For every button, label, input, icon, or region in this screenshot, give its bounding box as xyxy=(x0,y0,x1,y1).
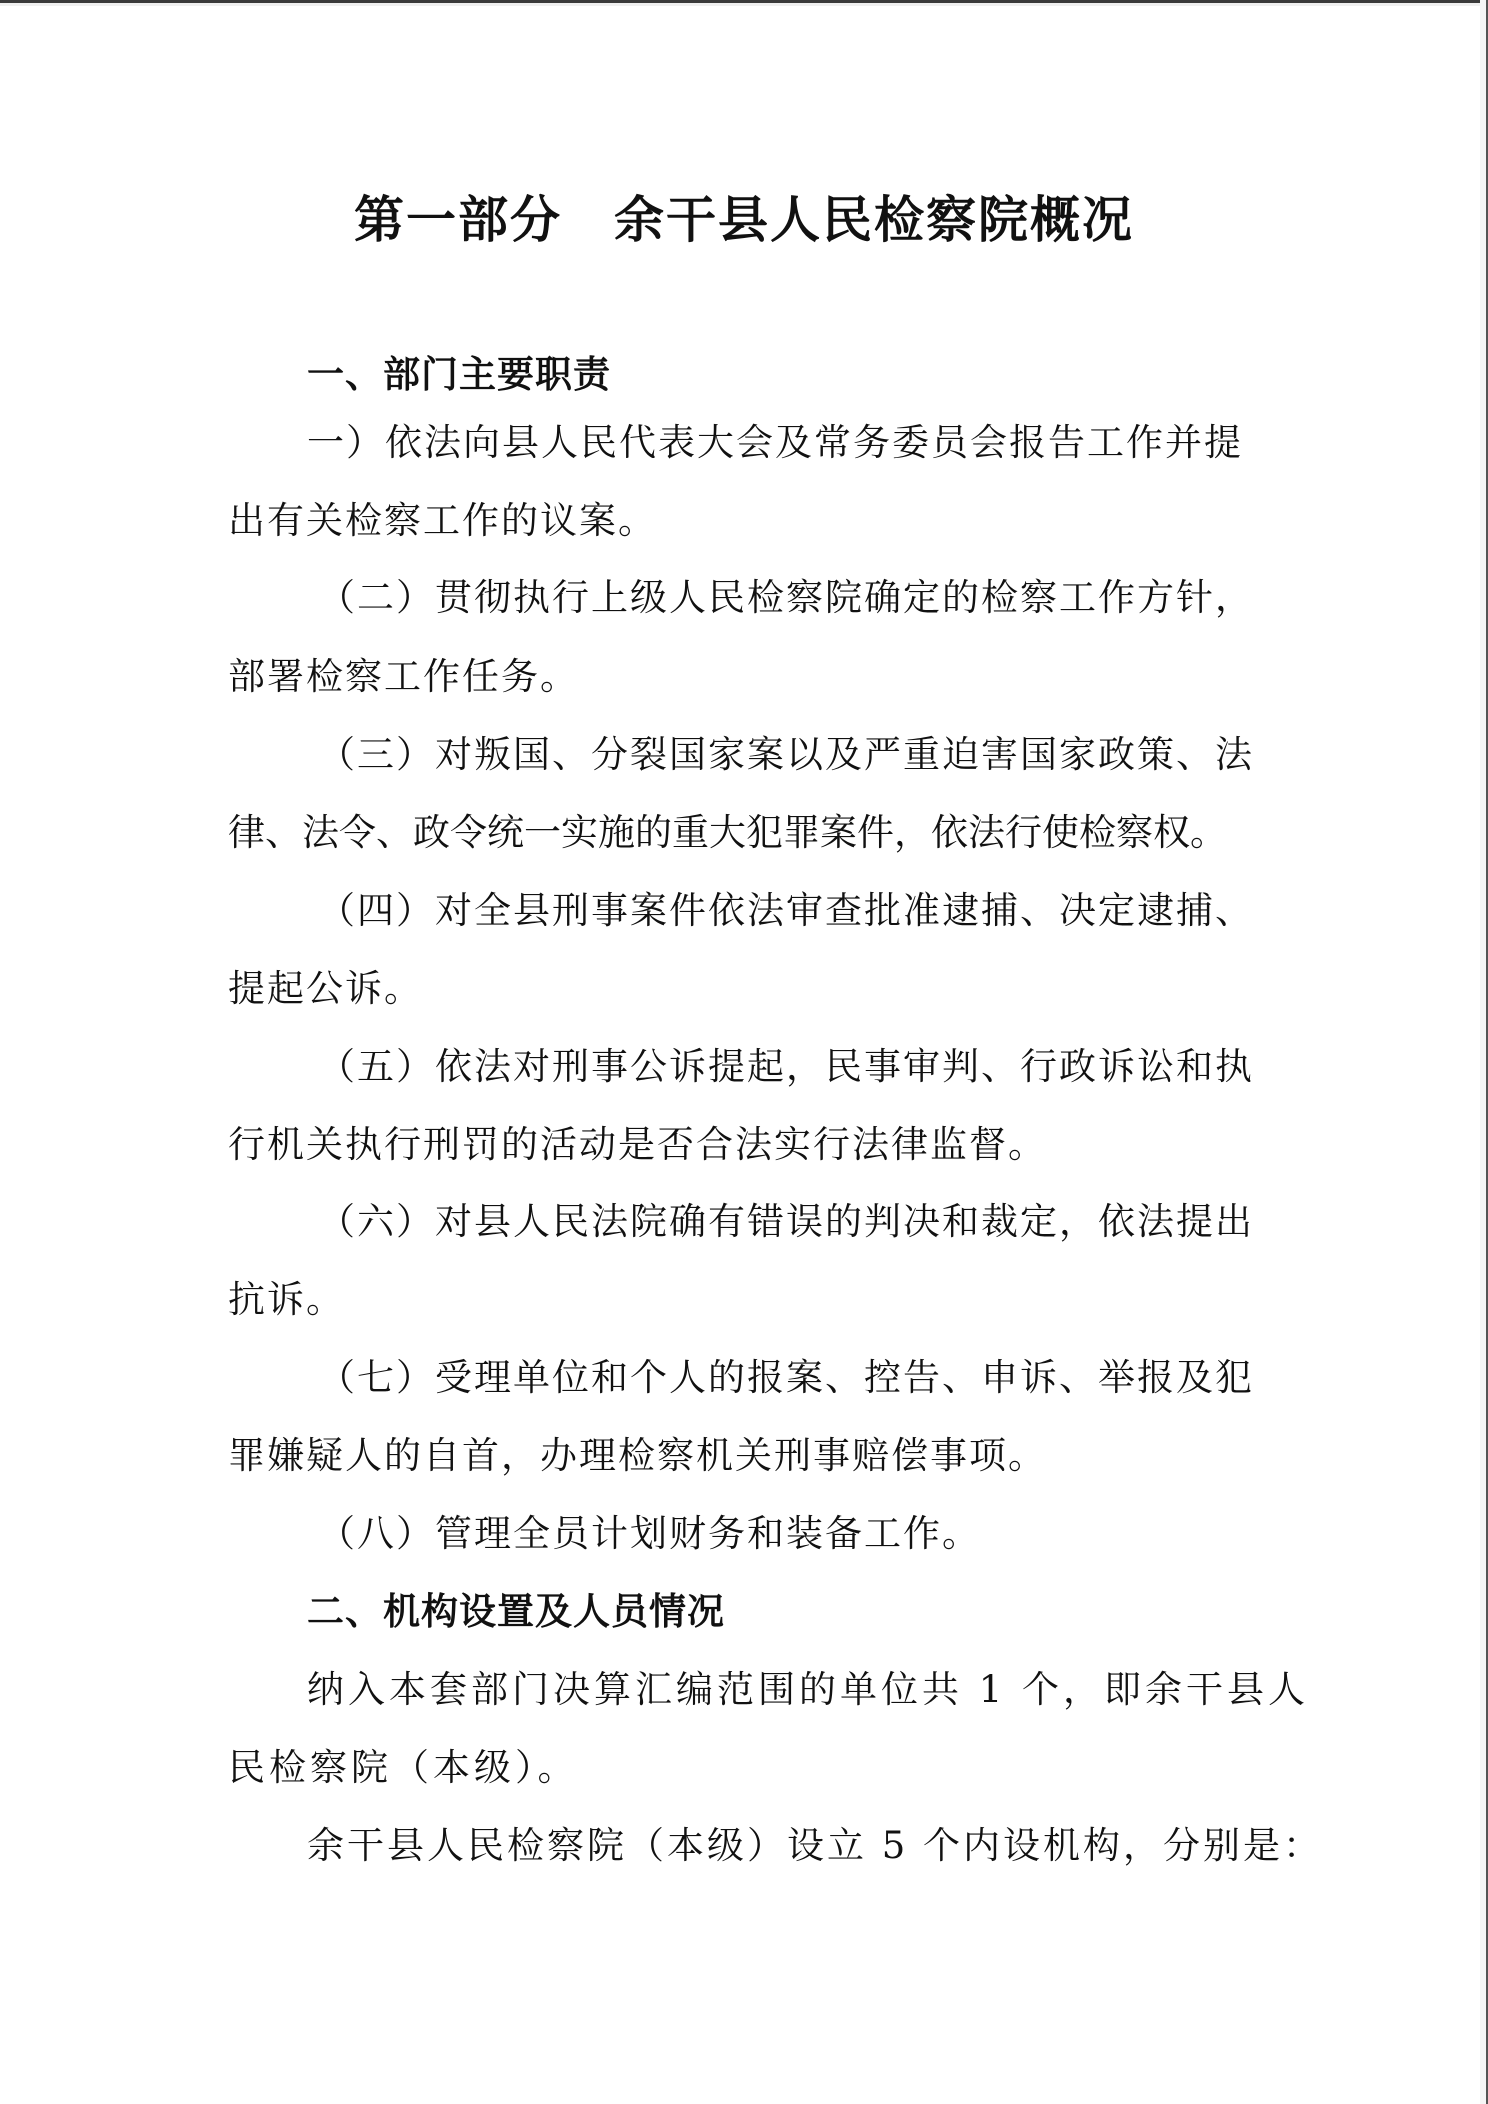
duty-3-line-2: 律、法令、政令统一实施的重大犯罪案件，依法行使检察权。 xyxy=(228,808,1227,858)
duty-5-line-2: 行机关执行刑罚的活动是否合法实行法律监督。 xyxy=(228,1120,1047,1170)
page-title: 第一部分 余干县人民检察院概况 xyxy=(0,188,1488,252)
duty-2-line-2: 部署检察工作任务。 xyxy=(228,652,579,702)
org-para-1-line-2: 民检察院（本级）。 xyxy=(228,1743,579,1793)
duty-4-line-1: （四）对全县刑事案件依法审查批准逮捕、决定逮捕、 xyxy=(318,886,1254,936)
duty-6-line-1: （六）对县人民法院确有错误的判决和裁定，依法提出 xyxy=(318,1197,1254,1247)
org-para-1-line-1: 纳入本套部门决算汇编范围的单位共 1 个，即余干县人 xyxy=(307,1665,1309,1715)
duty-8-line-1: （八）管理全员计划财务和装备工作。 xyxy=(318,1509,981,1559)
duty-3-line-1: （三）对叛国、分裂国家案以及严重迫害国家政策、法 xyxy=(318,730,1254,780)
duty-1-line-1: 一）依法向县人民代表大会及常务委员会报告工作并提 xyxy=(307,418,1243,468)
duty-7-line-2: 罪嫌疑人的自首，办理检察机关刑事赔偿事项。 xyxy=(228,1431,1047,1481)
duty-4-line-2: 提起公诉。 xyxy=(228,964,423,1014)
duty-1-line-2: 出有关检察工作的议案。 xyxy=(228,496,657,546)
page-top-shadow xyxy=(0,3,1488,6)
duty-5-line-1: （五）依法对刑事公诉提起，民事审判、行政诉讼和执 xyxy=(318,1042,1254,1092)
org-para-2-line-1: 余干县人民检察院（本级）设立 5 个内设机构，分别是： xyxy=(307,1821,1323,1871)
section-heading-organization: 二、机构设置及人员情况 xyxy=(307,1587,725,1637)
duty-2-line-1: （二）贯彻执行上级人民检察院确定的检察工作方针， xyxy=(318,573,1254,623)
duty-6-line-2: 抗诉。 xyxy=(228,1275,345,1325)
section-heading-duties: 一、部门主要职责 xyxy=(307,350,611,400)
duty-7-line-1: （七）受理单位和个人的报案、控告、申诉、举报及犯 xyxy=(318,1353,1254,1403)
